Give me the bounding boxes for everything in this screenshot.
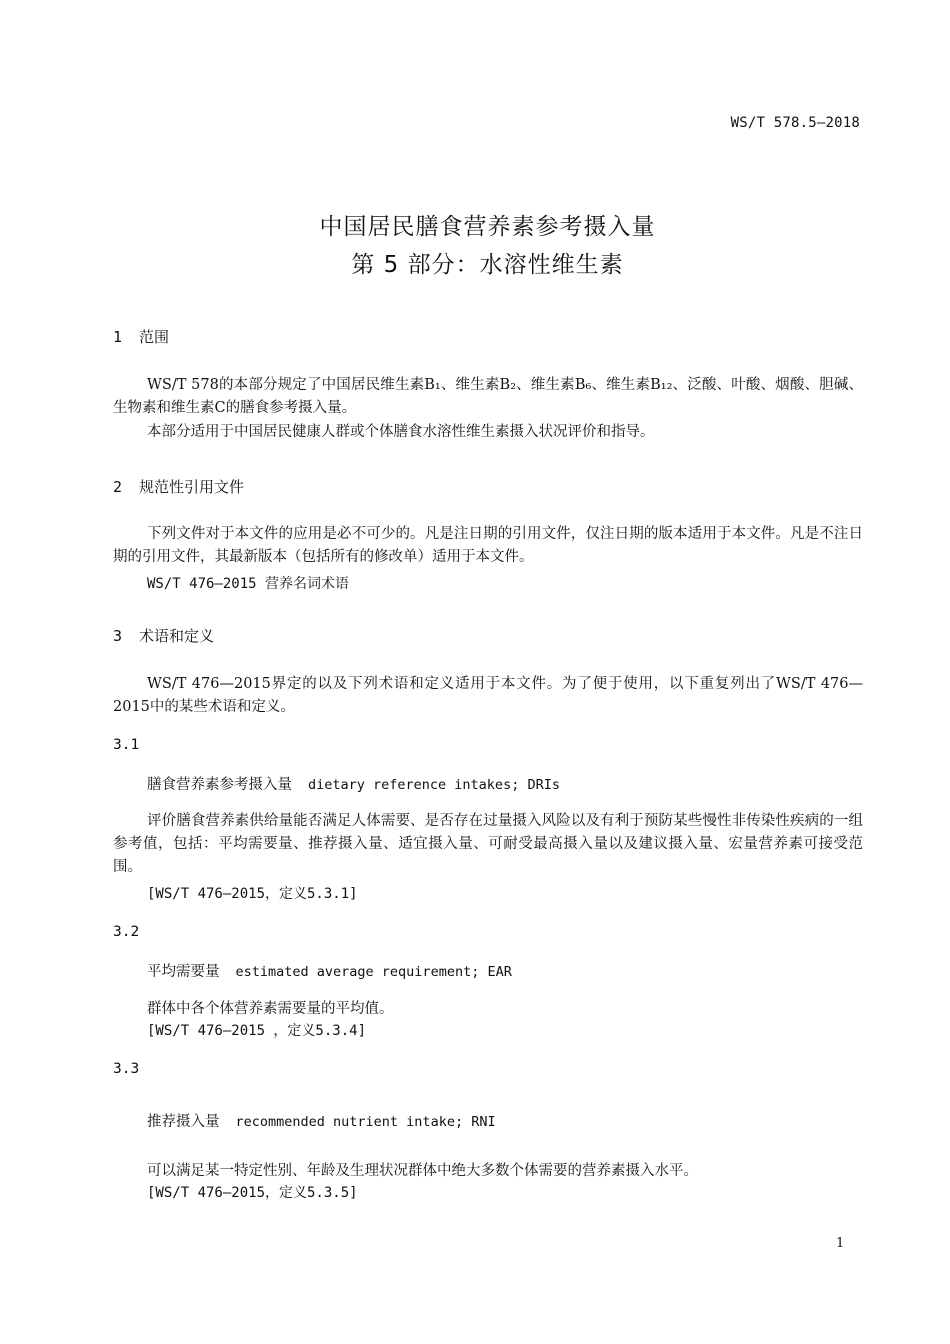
document-subtitle: 第 5 部分：水溶性维生素 (0, 246, 950, 279)
term-number: 3.2 (113, 924, 139, 940)
term-en: recommended nutrient intake; RNI (236, 1114, 496, 1130)
section-heading-normative-references: 2规范性引用文件 (113, 476, 244, 497)
section-number: 3 (113, 627, 139, 645)
term-source: [WS/T 476—2015，定义5.3.1] (147, 883, 358, 903)
term-number: 3.1 (113, 737, 139, 753)
document-page: WS/T 578.5—2018 中国居民膳食营养素参考摄入量 第 5 部分：水溶… (0, 0, 950, 1344)
term-definition: 可以满足某一特定性别、年龄及生理状况群体中绝大多数个体需要的营养素摄入水平。 (147, 1159, 698, 1180)
term-definition: 群体中各个体营养素需要量的平均值。 (147, 997, 394, 1018)
term-entry: 平均需要量estimated average requirement; EAR (147, 960, 512, 981)
section-number: 1 (113, 328, 139, 346)
normative-references-paragraph: 下列文件对于本文件的应用是必不可少的。凡是注日期的引用文件，仅注日期的版本适用于… (113, 523, 863, 569)
section-title: 规范性引用文件 (139, 478, 244, 496)
term-zh: 推荐摄入量 (147, 1114, 220, 1130)
section-title: 术语和定义 (139, 627, 214, 645)
document-title: 中国居民膳食营养素参考摄入量 (0, 208, 950, 241)
section-title: 范围 (139, 328, 169, 346)
standard-code: WS/T 578.5—2018 (731, 115, 860, 131)
term-source: [WS/T 476—2015，定义5.3.5] (147, 1182, 358, 1202)
reference-item: WS/T 476—2015 营养名词术语 (147, 573, 349, 593)
terms-intro-paragraph: WS/T 476—2015界定的以及下列术语和定义适用于本文件。为了便于使用，以… (113, 673, 863, 719)
scope-paragraph-1: WS/T 578的本部分规定了中国居民维生素B₁、维生素B₂、维生素B₆、维生素… (113, 374, 863, 420)
term-en: estimated average requirement; EAR (236, 964, 512, 980)
term-en: dietary reference intakes; DRIs (308, 777, 560, 793)
term-zh: 平均需要量 (147, 964, 220, 980)
term-source: [WS/T 476—2015 ，定义5.3.4] (147, 1020, 366, 1040)
term-entry: 膳食营养素参考摄入量dietary reference intakes; DRI… (147, 773, 560, 794)
section-number: 2 (113, 478, 139, 496)
term-zh: 膳食营养素参考摄入量 (147, 777, 292, 793)
term-definition: 评价膳食营养素供给量能否满足人体需要、是否存在过量摄入风险以及有利于预防某些慢性… (113, 810, 863, 879)
scope-paragraph-2: 本部分适用于中国居民健康人群或个体膳食水溶性维生素摄入状况评价和指导。 (113, 421, 863, 444)
section-heading-scope: 1范围 (113, 326, 169, 347)
page-number: 1 (836, 1236, 844, 1251)
term-entry: 推荐摄入量recommended nutrient intake; RNI (147, 1110, 496, 1131)
term-number: 3.3 (113, 1061, 139, 1077)
section-heading-terms: 3术语和定义 (113, 625, 214, 646)
